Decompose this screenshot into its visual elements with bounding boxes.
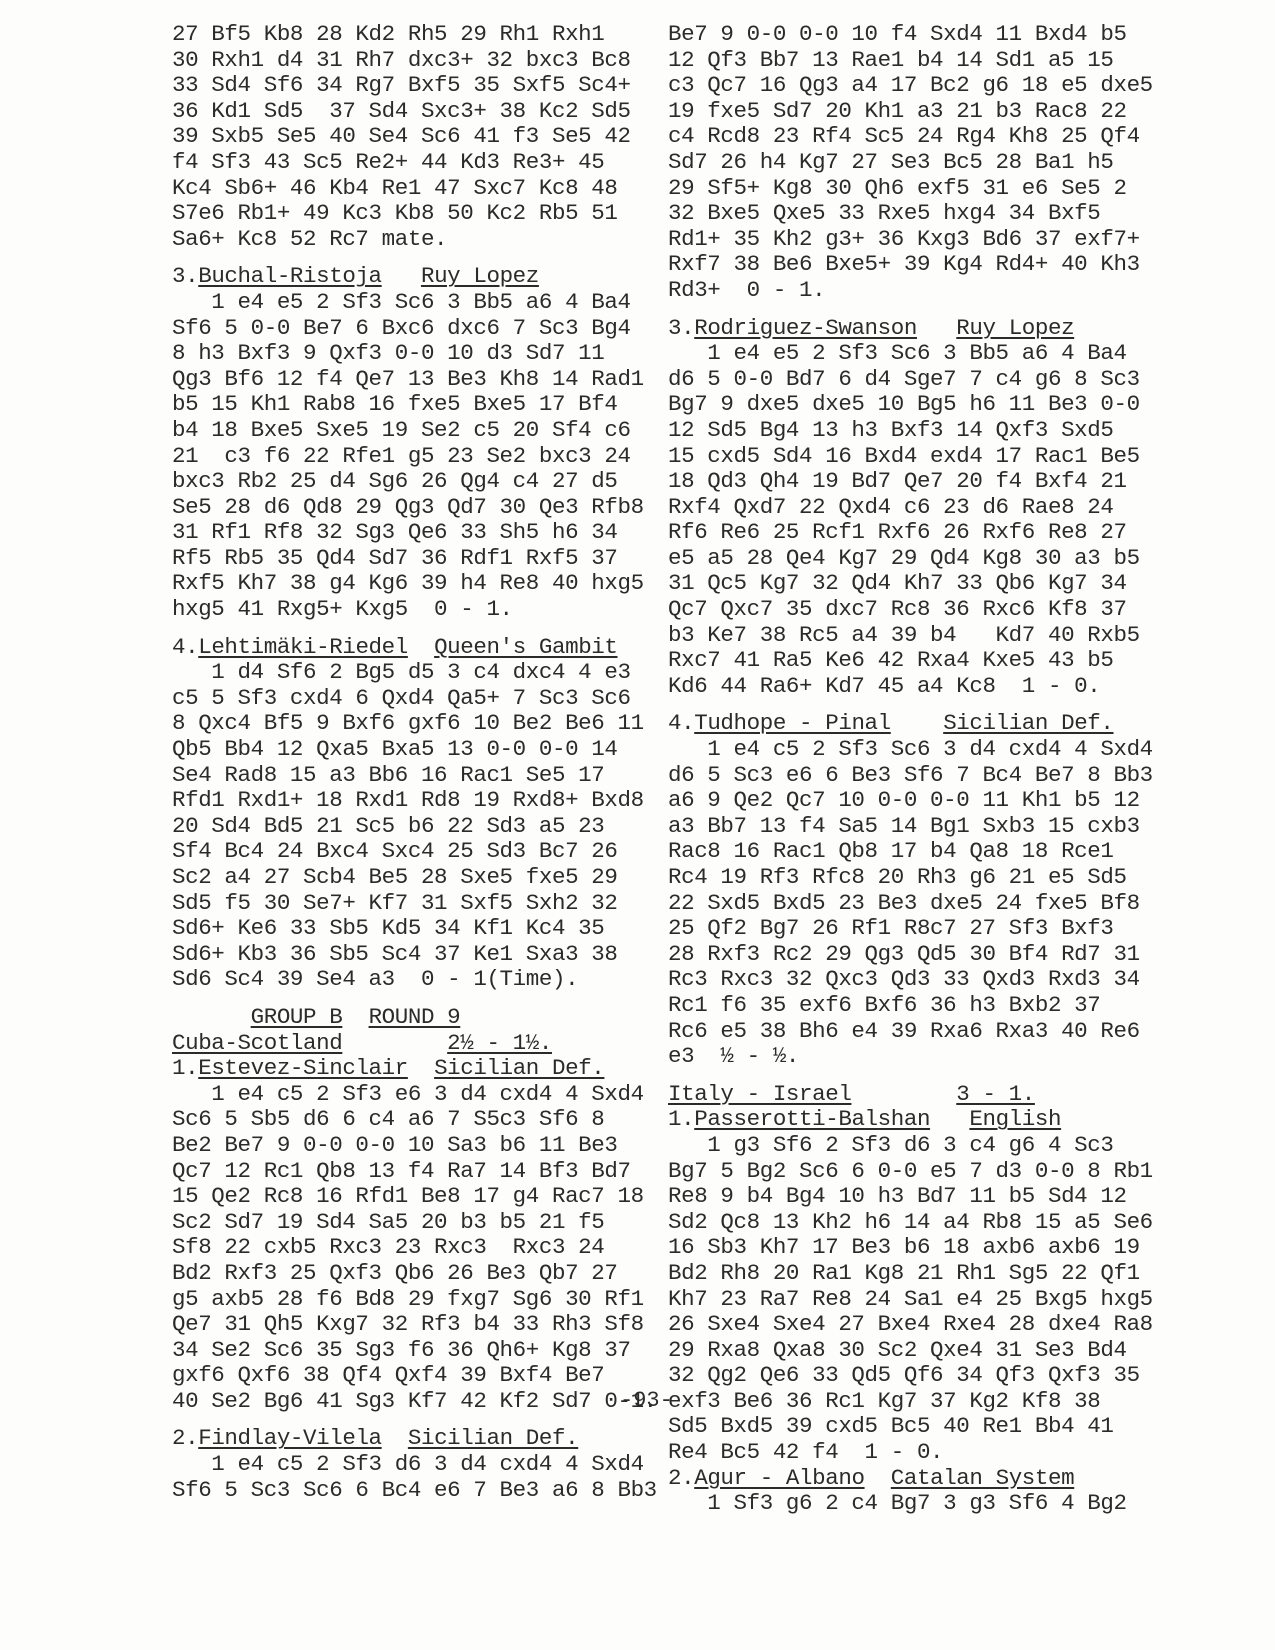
move-line: 34 Se2 Sc6 35 Sg3 f6 36 Qh6+ Kg8 37	[172, 1338, 657, 1364]
game-heading: 1.Estevez-Sinclair Sicilian Def.	[172, 1056, 657, 1082]
game-opening: Sicilian Def.	[408, 1425, 578, 1451]
move-line: Kd6 44 Ra6+ Kd7 45 a4 Kc8 1 - 0.	[668, 674, 1153, 700]
move-line: 12 Qf3 Bb7 13 Rae1 b4 14 Sd1 a5 15	[668, 48, 1153, 74]
game-opening: Ruy Lopez	[421, 263, 539, 289]
game-players: Tudhope - Pinal	[694, 710, 891, 736]
move-line: 32 Bxe5 Qxe5 33 Rxe5 hxg4 34 Bxf5	[668, 201, 1153, 227]
move-line: d6 5 0-0 Bd7 6 d4 Sge7 7 c4 g6 8 Sc3	[668, 367, 1153, 393]
move-line: Sc6 5 Sb5 d6 6 c4 a6 7 S5c3 Sf6 8	[172, 1107, 657, 1133]
move-line: 1 e4 e5 2 Sf3 Sc6 3 Bb5 a6 4 Ba4	[172, 290, 657, 316]
move-line: 31 Rf1 Rf8 32 Sg3 Qe6 33 Sh5 h6 34	[172, 520, 657, 546]
move-line: Se4 Rad8 15 a3 Bb6 16 Rac1 Se5 17	[172, 763, 657, 789]
move-line: Bg7 9 dxe5 dxe5 10 Bg5 h6 11 Be3 0-0	[668, 392, 1153, 418]
move-line: 39 Sxb5 Se5 40 Se4 Sc6 41 f3 Se5 42	[172, 124, 657, 150]
move-line: 36 Kd1 Sd5 37 Sd4 Sxc3+ 38 Kc2 Sd5	[172, 99, 657, 125]
move-line: 31 Qc5 Kg7 32 Qd4 Kh7 33 Qb6 Kg7 34	[668, 571, 1153, 597]
game-heading: 2.Findlay-Vilela Sicilian Def.	[172, 1426, 657, 1452]
move-line: c5 5 Sf3 cxd4 6 Qxd4 Qa5+ 7 Sc3 Sc6	[172, 686, 657, 712]
move-line: 1 e4 e5 2 Sf3 Sc6 3 Bb5 a6 4 Ba4	[668, 341, 1153, 367]
move-line: Rxf7 38 Be6 Bxe5+ 39 Kg4 Rd4+ 40 Kh3	[668, 252, 1153, 278]
game-players: Buchal-Ristoja	[198, 263, 381, 289]
move-line: exf3 Be6 36 Rc1 Kg7 37 Kg2 Kf8 38	[668, 1389, 1153, 1415]
move-line: Be7 9 0-0 0-0 10 f4 Sxd4 11 Bxd4 b5	[668, 22, 1153, 48]
move-line: Rd1+ 35 Kh2 g3+ 36 Kxg3 Bd6 37 exf7+	[668, 227, 1153, 253]
move-line: Rc1 f6 35 exf6 Bxf6 36 h3 Bxb2 37	[668, 993, 1153, 1019]
game-players: Lehtimäki-Riedel	[198, 634, 408, 660]
move-line: Rc3 Rxc3 32 Qxc3 Qd3 33 Qxd3 Rxd3 34	[668, 967, 1153, 993]
move-line: 19 fxe5 Sd7 20 Kh1 a3 21 b3 Rac8 22	[668, 99, 1153, 125]
game-players: Passerotti-Balshan	[694, 1106, 930, 1132]
move-line: 1 e4 c5 2 Sf3 d6 3 d4 cxd4 4 Sxd4	[172, 1452, 657, 1478]
game-number: 1.	[172, 1055, 198, 1081]
game-players: Rodriguez-Swanson	[694, 315, 917, 341]
move-line: 29 Rxa8 Qxa8 30 Sc2 Qxe4 31 Se3 Bd4	[668, 1338, 1153, 1364]
move-line: Sf4 Bc4 24 Bxc4 Sxc4 25 Sd3 Bc7 26	[172, 839, 657, 865]
move-line: Rf5 Rb5 35 Qd4 Sd7 36 Rdf1 Rxf5 37	[172, 546, 657, 572]
move-line: 15 cxd5 Sd4 16 Bxd4 exd4 17 Rac1 Be5	[668, 444, 1153, 470]
section-heading: GROUP B ROUND 9	[172, 1005, 657, 1031]
move-line: Rc4 19 Rf3 Rfc8 20 Rh3 g6 21 e5 Sd5	[668, 865, 1153, 891]
move-line: 32 Qg2 Qe6 33 Qd5 Qf6 34 Qf3 Qxf3 35	[668, 1363, 1153, 1389]
group-label: GROUP B	[251, 1004, 343, 1030]
move-line: d6 5 Sc3 e6 6 Be3 Sf6 7 Bc4 Be7 8 Bb3	[668, 763, 1153, 789]
game-heading: 1.Passerotti-Balshan English	[668, 1107, 1153, 1133]
move-line: 8 Qxc4 Bf5 9 Bxf6 gxf6 10 Be2 Be6 11	[172, 711, 657, 737]
move-line: Sf8 22 cxb5 Rxc3 23 Rxc3 Rxc3 24	[172, 1235, 657, 1261]
move-line: Sf6 5 0-0 Be7 6 Bxc6 dxc6 7 Sc3 Bg4	[172, 316, 657, 342]
game-heading: 3.Buchal-Ristoja Ruy Lopez	[172, 264, 657, 290]
move-line: 20 Sd4 Bd5 21 Sc5 b6 22 Sd3 a5 23	[172, 814, 657, 840]
move-line: gxf6 Qxf6 38 Qf4 Qxf4 39 Bxf4 Be7	[172, 1363, 657, 1389]
move-line: 16 Sb3 Kh7 17 Be3 b6 18 axb6 axb6 19	[668, 1235, 1153, 1261]
game-opening: Ruy Lopez	[956, 315, 1074, 341]
game-heading: 2.Agur - Albano Catalan System	[668, 1466, 1153, 1492]
move-line: 1 Sf3 g6 2 c4 Bg7 3 g3 Sf6 4 Bg2	[668, 1491, 1153, 1517]
move-line: 18 Qd3 Qh4 19 Bd7 Qe7 20 f4 Bxf4 21	[668, 469, 1153, 495]
move-line: Kh7 23 Ra7 Re8 24 Sa1 e4 25 Bxg5 hxg5	[668, 1287, 1153, 1313]
match-score: 3 - 1.	[956, 1081, 1035, 1107]
game-number: 3.	[668, 315, 694, 341]
game-players: Agur - Albano	[694, 1465, 864, 1491]
move-line: 1 e4 c5 2 Sf3 Sc6 3 d4 cxd4 4 Sxd4	[668, 737, 1153, 763]
move-line: Sa6+ Kc8 52 Rc7 mate.	[172, 227, 657, 253]
move-line: 29 Sf5+ Kg8 30 Qh6 exf5 31 e6 Se5 2	[668, 176, 1153, 202]
game-number: 3.	[172, 263, 198, 289]
move-line: Qc7 12 Rc1 Qb8 13 f4 Ra7 14 Bf3 Bd7	[172, 1159, 657, 1185]
move-line: 27 Bf5 Kb8 28 Kd2 Rh5 29 Rh1 Rxh1	[172, 22, 657, 48]
move-line: Sd5 Bxd5 39 cxd5 Bc5 40 Re1 Bb4 41	[668, 1414, 1153, 1440]
move-line: b3 Ke7 38 Rc5 a4 39 b4 Kd7 40 Rxb5	[668, 623, 1153, 649]
move-line: 33 Sd4 Sf6 34 Rg7 Bxf5 35 Sxf5 Sc4+	[172, 73, 657, 99]
move-line: Qg3 Bf6 12 f4 Qe7 13 Be3 Kh8 14 Rad1	[172, 367, 657, 393]
move-line: Sd6+ Kb3 36 Sb5 Sc4 37 Ke1 Sxa3 38	[172, 942, 657, 968]
move-line: Re4 Bc5 42 f4 1 - 0.	[668, 1440, 1153, 1466]
page-number: -93-	[620, 1388, 673, 1413]
move-line: 40 Se2 Bg6 41 Sg3 Kf7 42 Kf2 Sd7 0-1.	[172, 1389, 657, 1415]
move-line: Sc2 Sd7 19 Sd4 Sa5 20 b3 b5 21 f5	[172, 1210, 657, 1236]
move-line: Rc6 e5 38 Bh6 e4 39 Rxa6 Rxa3 40 Re6	[668, 1019, 1153, 1045]
game-heading: 4.Lehtimäki-Riedel Queen's Gambit	[172, 635, 657, 661]
move-line: bxc3 Rb2 25 d4 Sg6 26 Qg4 c4 27 d5	[172, 469, 657, 495]
game-opening: Queen's Gambit	[434, 634, 617, 660]
move-line: 15 Qe2 Rc8 16 Rfd1 Be8 17 g4 Rac7 18	[172, 1184, 657, 1210]
match-teams: Italy - Israel	[668, 1081, 851, 1107]
move-line: Sd5 f5 30 Se7+ Kf7 31 Sxf5 Sxh2 32	[172, 891, 657, 917]
move-line: Se5 28 d6 Qd8 29 Qg3 Qd7 30 Qe3 Rfb8	[172, 495, 657, 521]
move-line: Kc4 Sb6+ 46 Kb4 Re1 47 Sxc7 Kc8 48	[172, 176, 657, 202]
move-line: 28 Rxf3 Rc2 29 Qg3 Qd5 30 Bf4 Rd7 31	[668, 942, 1153, 968]
match-teams: Cuba-Scotland	[172, 1030, 342, 1056]
move-line: Sd2 Qc8 13 Kh2 h6 14 a4 Rb8 15 a5 Se6	[668, 1210, 1153, 1236]
move-line: 30 Rxh1 d4 31 Rh7 dxc3+ 32 bxc3 Bc8	[172, 48, 657, 74]
move-line: Sc2 a4 27 Scb4 Be5 28 Sxe5 fxe5 29	[172, 865, 657, 891]
move-line: Sd6+ Ke6 33 Sb5 Kd5 34 Kf1 Kc4 35	[172, 916, 657, 942]
move-line: b4 18 Bxe5 Sxe5 19 Se2 c5 20 Sf4 c6	[172, 418, 657, 444]
move-line: Be2 Be7 9 0-0 0-0 10 Sa3 b6 11 Be3	[172, 1133, 657, 1159]
move-line: hxg5 41 Rxg5+ Kxg5 0 - 1.	[172, 597, 657, 623]
move-line: a3 Bb7 13 f4 Sa5 14 Bg1 Sxb3 15 cxb3	[668, 814, 1153, 840]
game-opening: English	[969, 1106, 1061, 1132]
move-line: 21 c3 f6 22 Rfe1 g5 23 Se2 bxc3 24	[172, 444, 657, 470]
match-score: 2½ - 1½.	[447, 1030, 552, 1056]
move-line: 22 Sxd5 Bxd5 23 Be3 dxe5 24 fxe5 Bf8	[668, 891, 1153, 917]
move-line: Bd2 Rh8 20 Ra1 Kg8 21 Rh1 Sg5 22 Qf1	[668, 1261, 1153, 1287]
move-line: Qc7 Qxc7 35 dxc7 Rc8 36 Rxc6 Kf8 37	[668, 597, 1153, 623]
move-line: Qe7 31 Qh5 Kxg7 32 Rf3 b4 33 Rh3 Sf8	[172, 1312, 657, 1338]
game-opening: Sicilian Def.	[943, 710, 1113, 736]
move-line: 1 d4 Sf6 2 Bg5 d5 3 c4 dxc4 4 e3	[172, 660, 657, 686]
left-column: 27 Bf5 Kb8 28 Kd2 Rh5 29 Rh1 Rxh130 Rxh1…	[172, 22, 657, 1503]
move-line: Bg7 5 Bg2 Sc6 6 0-0 e5 7 d3 0-0 8 Rb1	[668, 1159, 1153, 1185]
move-line: Rfd1 Rxd1+ 18 Rxd1 Rd8 19 Rxd8+ Bxd8	[172, 788, 657, 814]
move-line: Re8 9 b4 Bg4 10 h3 Bd7 11 b5 Sd4 12	[668, 1184, 1153, 1210]
move-line: e5 a5 28 Qe4 Kg7 29 Qd4 Kg8 30 a3 b5	[668, 546, 1153, 572]
move-line: Rf6 Re6 25 Rcf1 Rxf6 26 Rxf6 Re8 27	[668, 520, 1153, 546]
move-line: a6 9 Qe2 Qc7 10 0-0 0-0 11 Kh1 b5 12	[668, 788, 1153, 814]
game-number: 4.	[172, 634, 198, 660]
move-line: 1 g3 Sf6 2 Sf3 d6 3 c4 g6 4 Sc3	[668, 1133, 1153, 1159]
move-line: Rac8 16 Rac1 Qb8 17 b4 Qa8 18 Rce1	[668, 839, 1153, 865]
match-heading: Cuba-Scotland 2½ - 1½.	[172, 1031, 657, 1057]
game-players: Estevez-Sinclair	[198, 1055, 408, 1081]
game-number: 1.	[668, 1106, 694, 1132]
move-line: 1 e4 c5 2 Sf3 e6 3 d4 cxd4 4 Sxd4	[172, 1082, 657, 1108]
right-column: Be7 9 0-0 0-0 10 f4 Sxd4 11 Bxd4 b512 Qf…	[668, 22, 1153, 1517]
game-number: 4.	[668, 710, 694, 736]
move-line: Rxf4 Qxd7 22 Qxd4 c6 23 d6 Rae8 24	[668, 495, 1153, 521]
move-line: S7e6 Rb1+ 49 Kc3 Kb8 50 Kc2 Rb5 51	[172, 201, 657, 227]
move-line: 12 Sd5 Bg4 13 h3 Bxf3 14 Qxf3 Sxd5	[668, 418, 1153, 444]
game-number: 2.	[668, 1465, 694, 1491]
move-line: Sd6 Sc4 39 Se4 a3 0 - 1(Time).	[172, 967, 657, 993]
move-line: Sf6 5 Sc3 Sc6 6 Bc4 e6 7 Be3 a6 8 Bb3	[172, 1478, 657, 1504]
move-line: f4 Sf3 43 Sc5 Re2+ 44 Kd3 Re3+ 45	[172, 150, 657, 176]
move-line: 26 Sxe4 Sxe4 27 Bxe4 Rxe4 28 dxe4 Ra8	[668, 1312, 1153, 1338]
move-line: Bd2 Rxf3 25 Qxf3 Qb6 26 Be3 Qb7 27	[172, 1261, 657, 1287]
game-opening: Catalan System	[891, 1465, 1074, 1491]
game-heading: 4.Tudhope - Pinal Sicilian Def.	[668, 711, 1153, 737]
move-line: Rd3+ 0 - 1.	[668, 278, 1153, 304]
match-heading: Italy - Israel 3 - 1.	[668, 1082, 1153, 1108]
move-line: g5 axb5 28 f6 Bd8 29 fxg7 Sg6 30 Rf1	[172, 1287, 657, 1313]
move-line: c4 Rcd8 23 Rf4 Sc5 24 Rg4 Kh8 25 Qf4	[668, 124, 1153, 150]
round-label: ROUND 9	[369, 1004, 461, 1030]
move-line: 8 h3 Bxf3 9 Qxf3 0-0 10 d3 Sd7 11	[172, 341, 657, 367]
game-players: Findlay-Vilela	[198, 1425, 381, 1451]
move-line: Rxc7 41 Ra5 Ke6 42 Rxa4 Kxe5 43 b5	[668, 648, 1153, 674]
move-line: e3 ½ - ½.	[668, 1044, 1153, 1070]
game-heading: 3.Rodriguez-Swanson Ruy Lopez	[668, 316, 1153, 342]
move-line: b5 15 Kh1 Rab8 16 fxe5 Bxe5 17 Bf4	[172, 392, 657, 418]
move-line: c3 Qc7 16 Qg3 a4 17 Bc2 g6 18 e5 dxe5	[668, 73, 1153, 99]
game-opening: Sicilian Def.	[434, 1055, 604, 1081]
move-line: Sd7 26 h4 Kg7 27 Se3 Bc5 28 Ba1 h5	[668, 150, 1153, 176]
move-line: Rxf5 Kh7 38 g4 Kg6 39 h4 Re8 40 hxg5	[172, 571, 657, 597]
game-number: 2.	[172, 1425, 198, 1451]
move-line: Qb5 Bb4 12 Qxa5 Bxa5 13 0-0 0-0 14	[172, 737, 657, 763]
move-line: 25 Qf2 Bg7 26 Rf1 R8c7 27 Sf3 Bxf3	[668, 916, 1153, 942]
